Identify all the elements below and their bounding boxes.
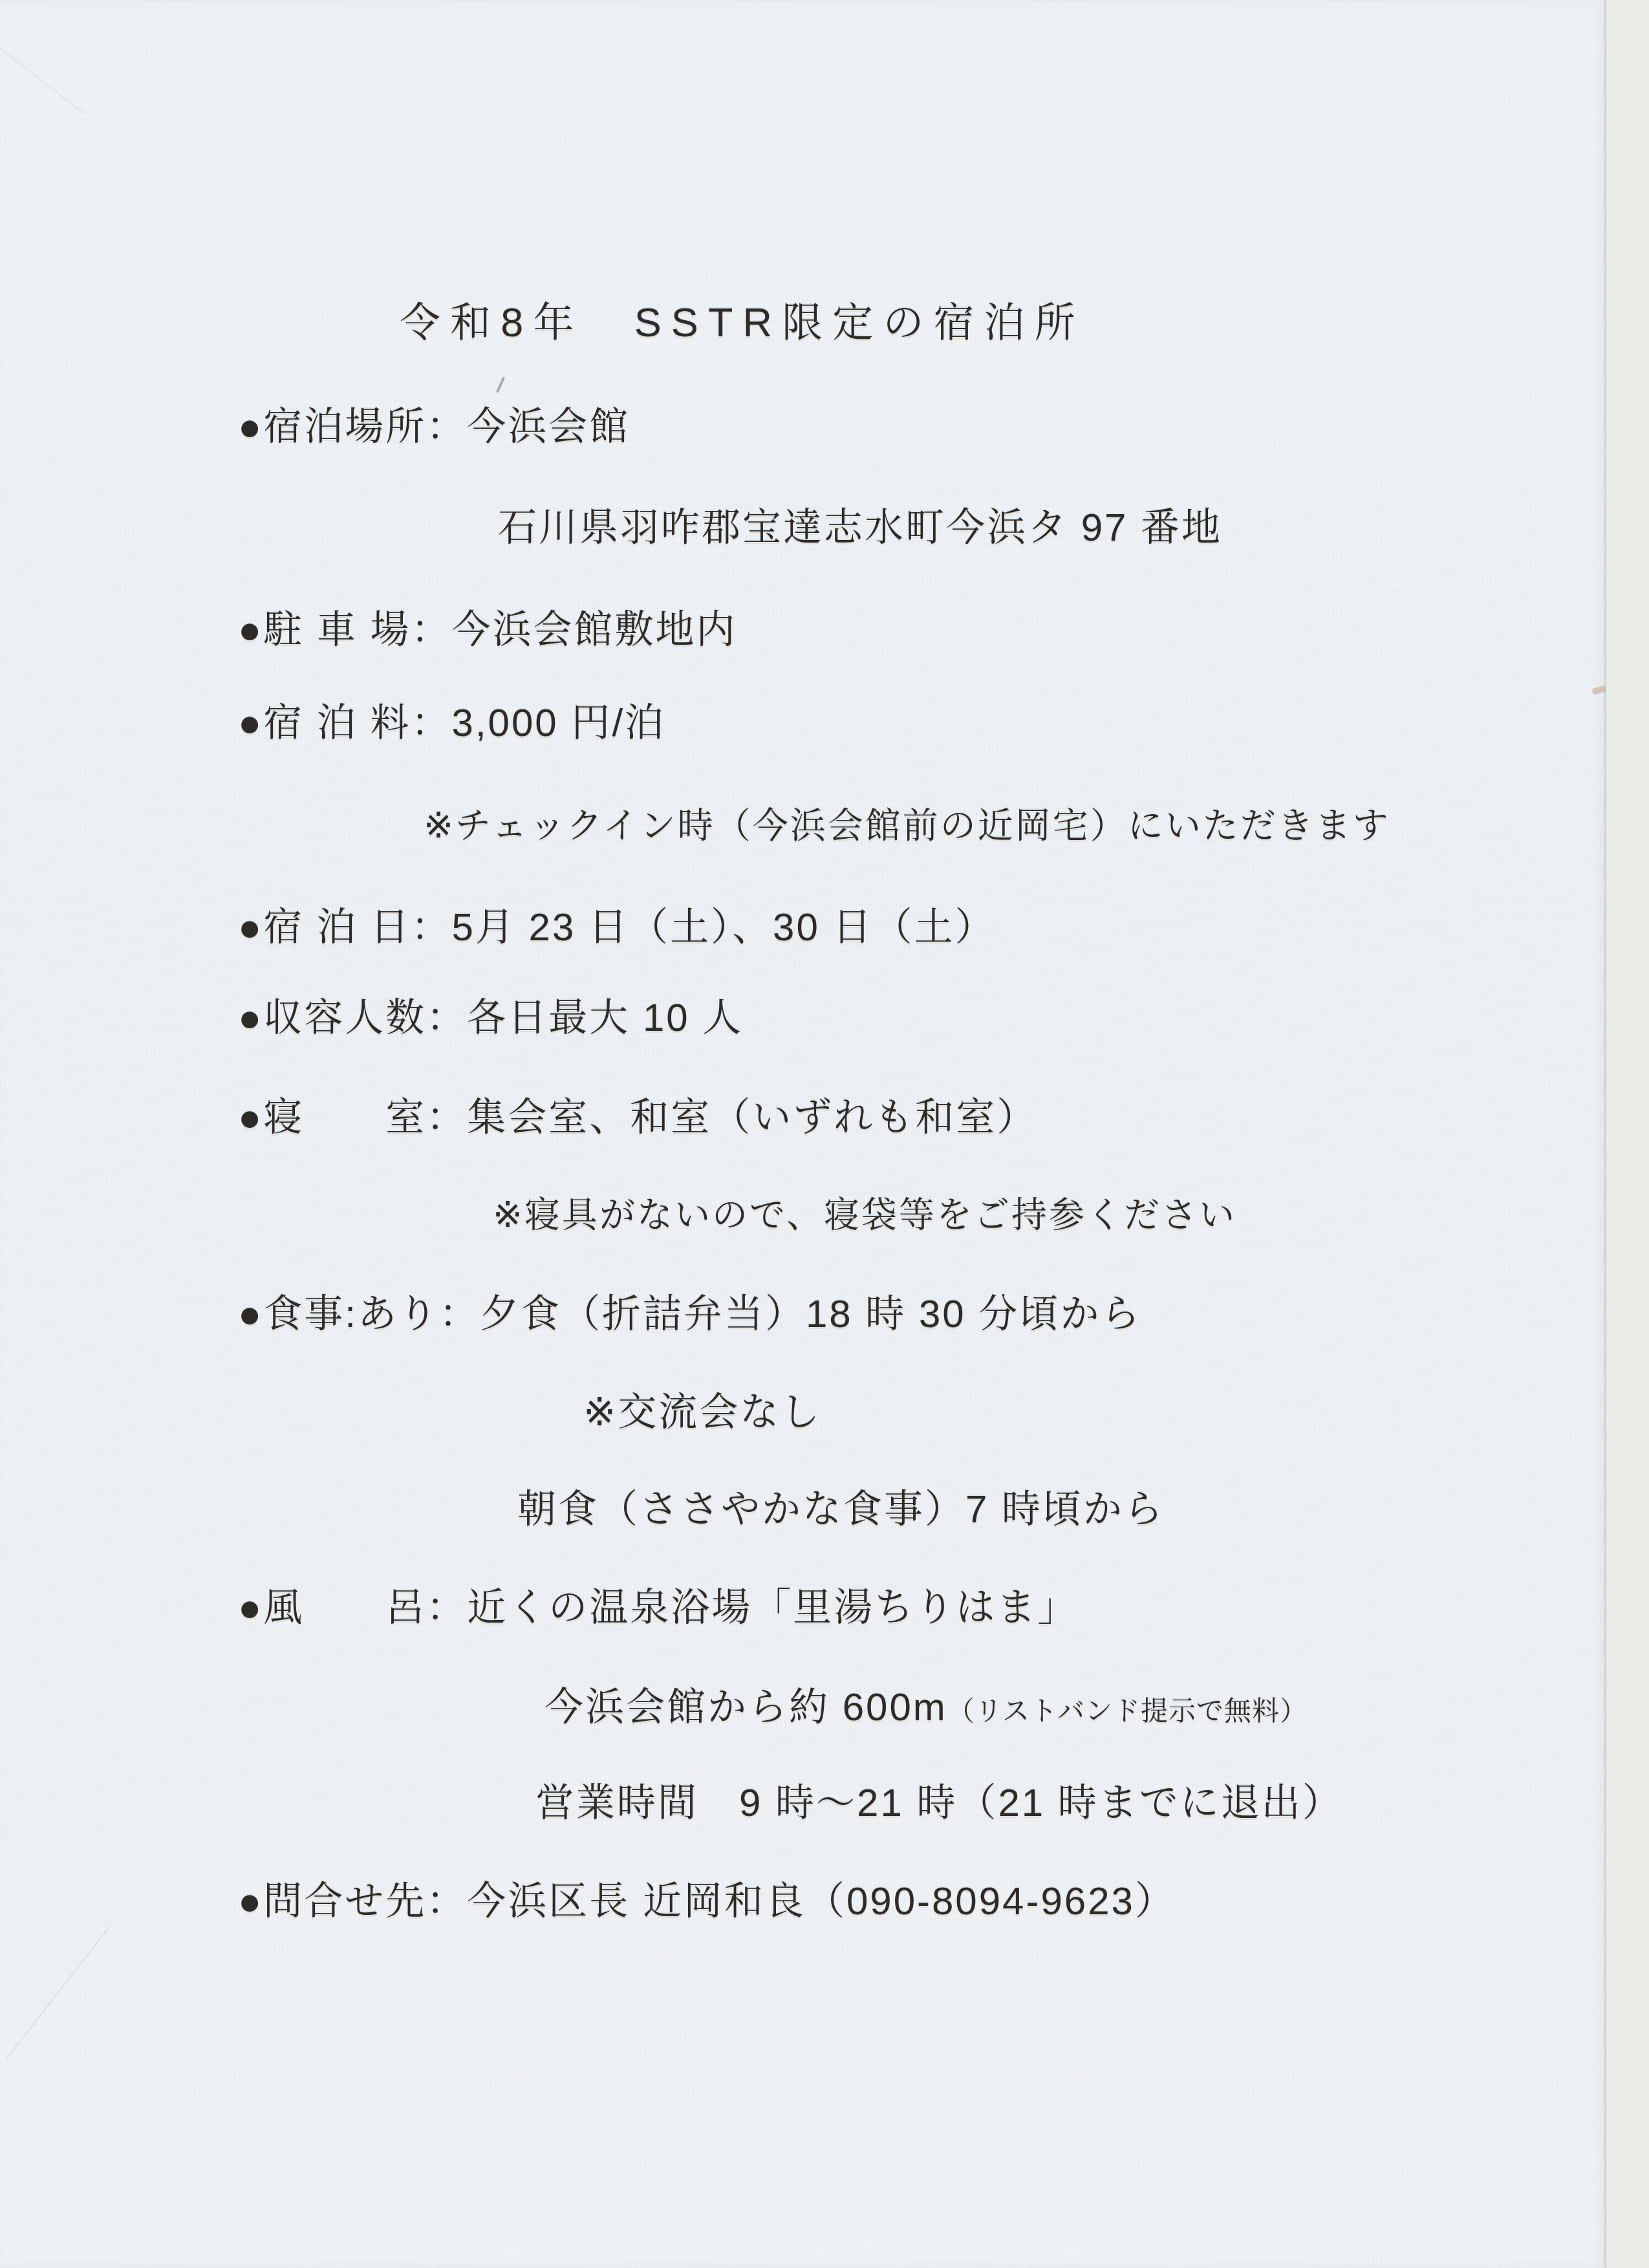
line-bath-distance: 今浜会館から約 600m（リストバンド提示で無料） bbox=[544, 1676, 1308, 1732]
line-contact: ●問合せ先：今浜区長 近岡和良（090-8094-9623） bbox=[238, 1870, 1176, 1926]
scanned-document-page: 令和8年 SSTR限定の宿泊所 ●宿泊場所：今浜会館 石川県羽咋郡宝達志水町今浜… bbox=[0, 0, 1649, 2268]
line-bath-hours: 営業時間 9 時～21 時（21 時までに退出） bbox=[535, 1772, 1343, 1828]
bath-distance-note: （リストバンド提示で無料） bbox=[947, 1696, 1308, 1726]
document-title: 令和8年 SSTR限定の宿泊所 bbox=[400, 290, 1085, 349]
line-no-party-note: ※交流会なし bbox=[583, 1381, 821, 1437]
line-lodging-place: ●宿泊場所：今浜会館 bbox=[238, 396, 630, 451]
line-parking: ●駐 車 場：今浜会館敷地内 bbox=[238, 599, 737, 654]
line-sleeping-rooms: ●寝 室：集会室、和室（いずれも和室） bbox=[238, 1086, 1037, 1142]
paper-edge bbox=[1604, 0, 1606, 2268]
line-capacity: ●収容人数：各日最大 10 人 bbox=[238, 987, 743, 1042]
line-bath: ●風 呂：近くの温泉浴場「里湯ちりはま」 bbox=[238, 1577, 1078, 1632]
line-address: 石川県羽咋郡宝達志水町今浜タ 97 番地 bbox=[498, 497, 1222, 552]
line-breakfast: 朝食（ささやかな食事）7 時頃から bbox=[517, 1478, 1165, 1534]
line-checkin-note: ※チェックイン時（今浜会館前の近岡宅）にいただきます bbox=[424, 797, 1390, 848]
line-meals: ●食事:あり：夕食（折詰弁当）18 時 30 分頃から bbox=[238, 1283, 1141, 1339]
line-bedding-note: ※寝具がないので、寝袋等をご持参ください bbox=[493, 1186, 1236, 1237]
bath-distance-text: 今浜会館から約 600m bbox=[544, 1685, 947, 1729]
line-rate: ●宿 泊 料：3,000 円/泊 bbox=[238, 692, 665, 748]
line-dates: ●宿 泊 日：5月 23 日（土）、30 日（土） bbox=[238, 896, 995, 952]
